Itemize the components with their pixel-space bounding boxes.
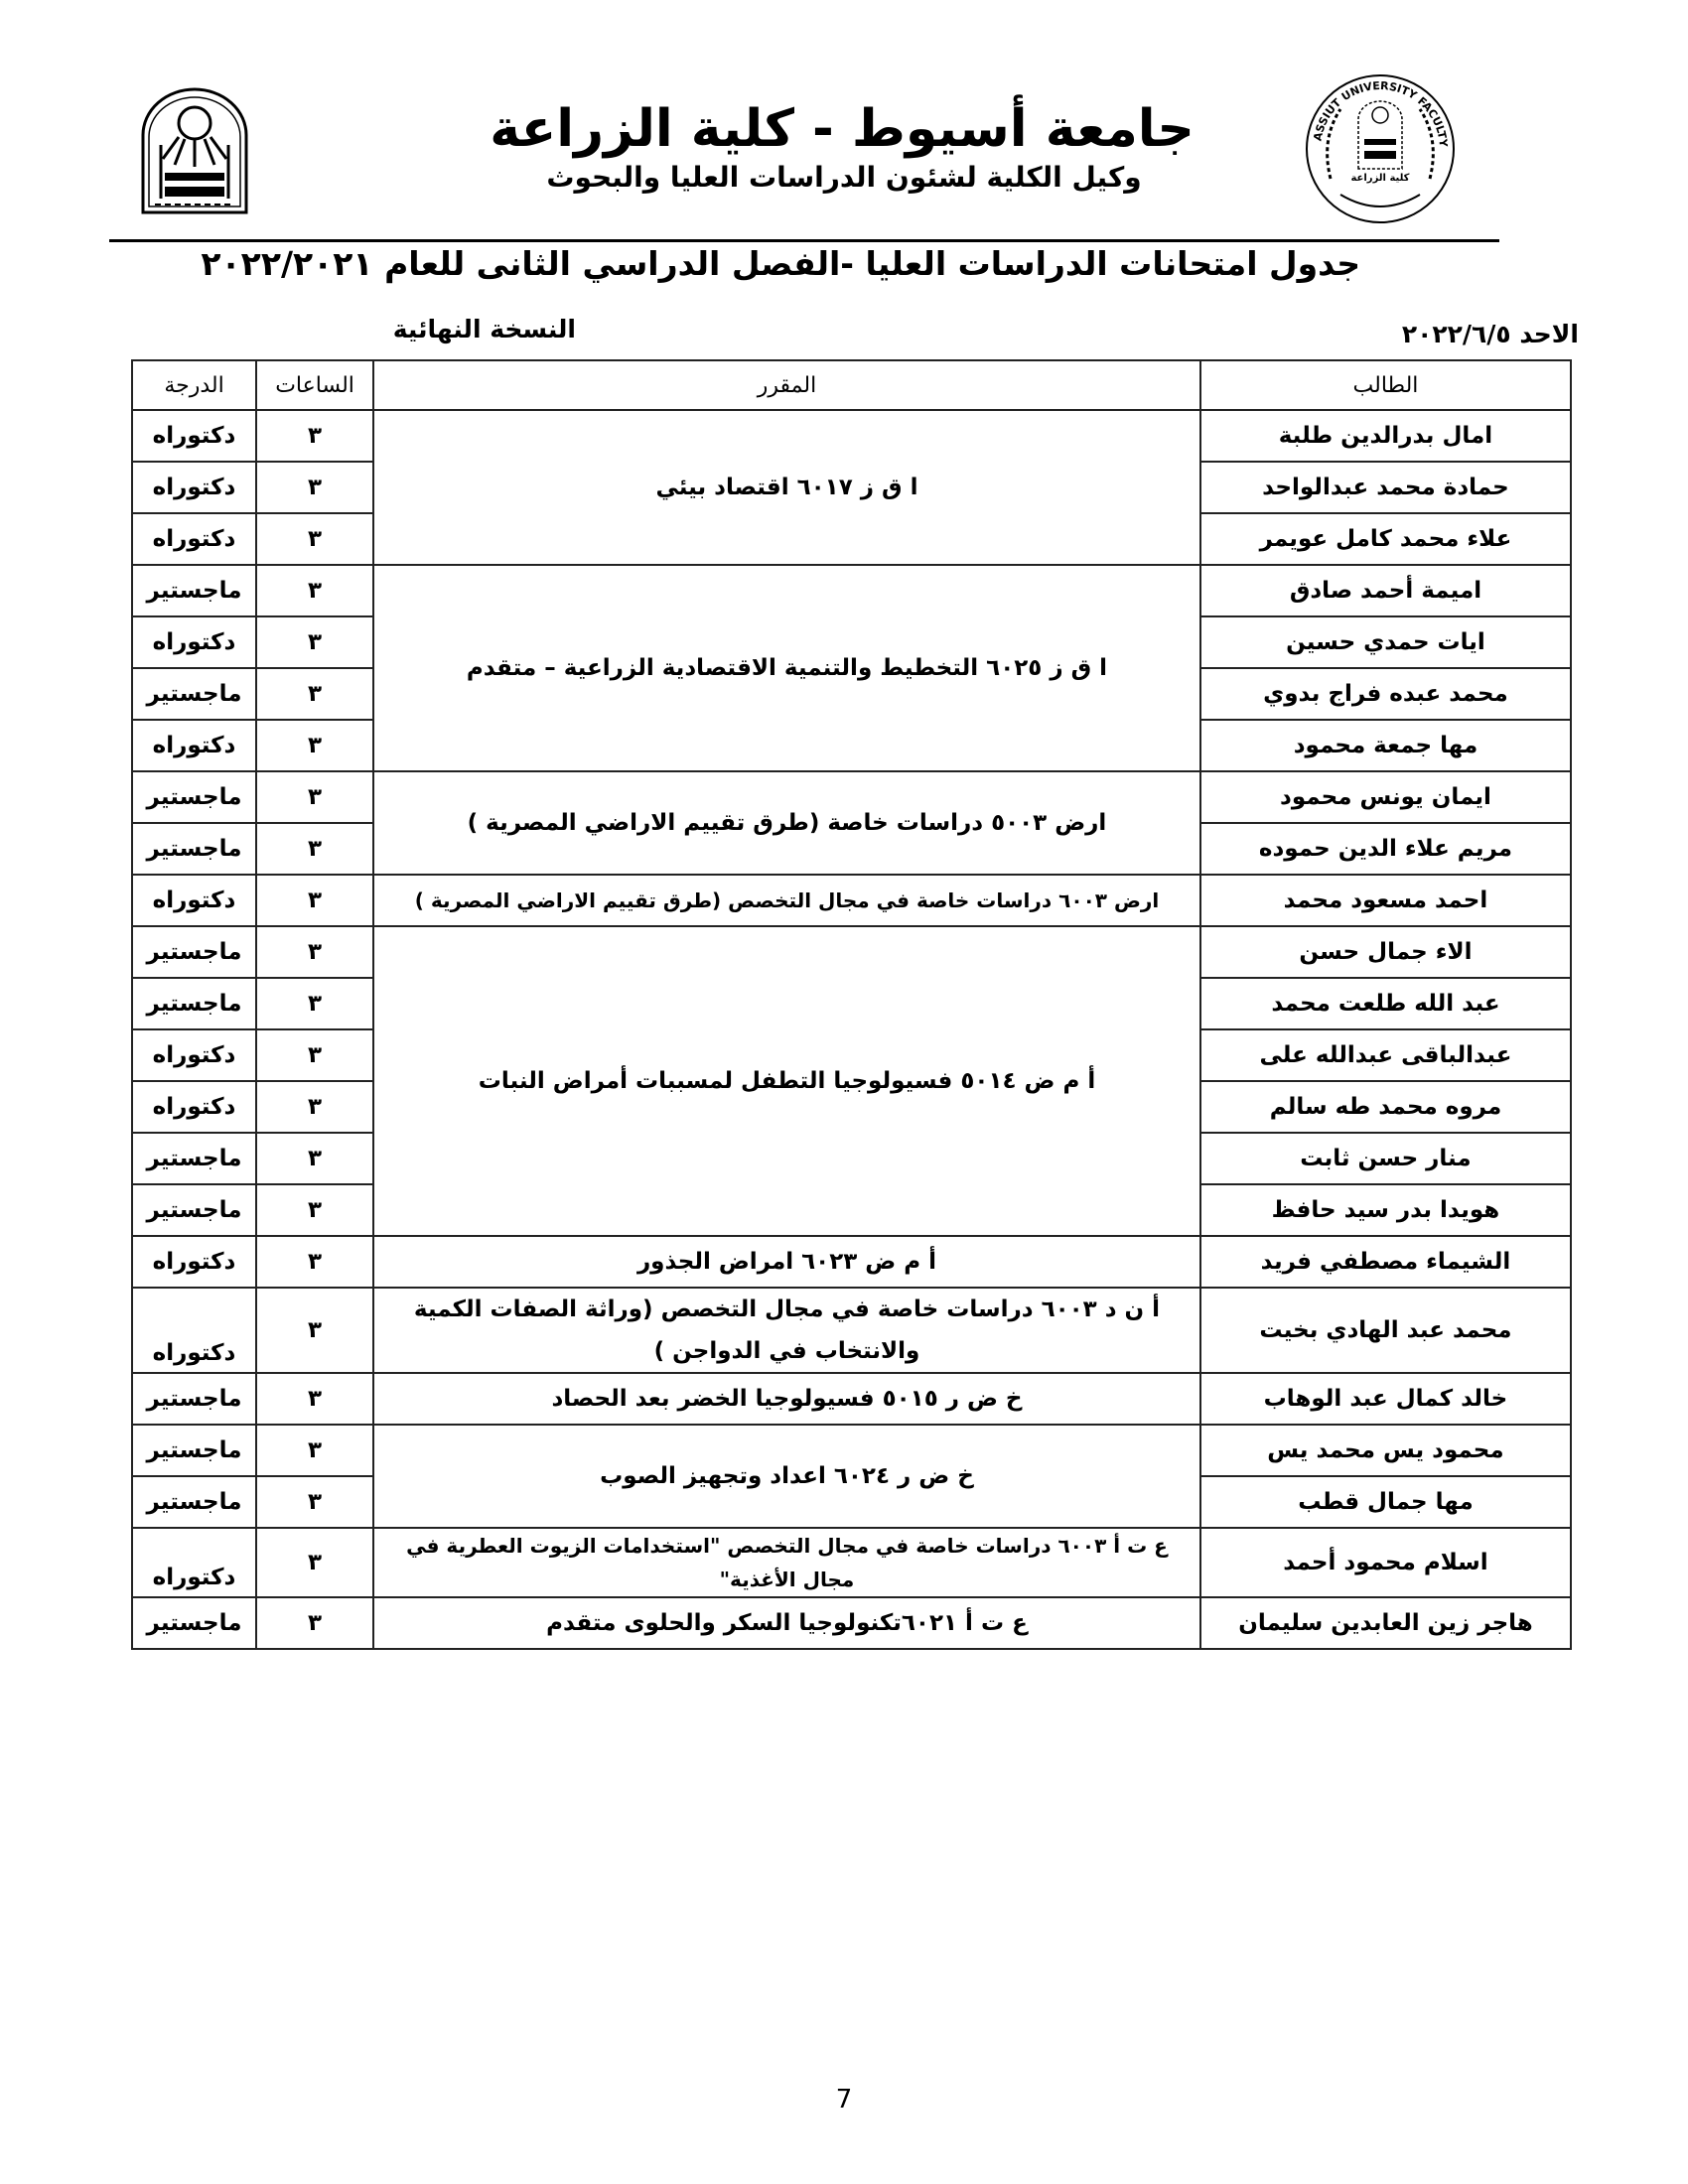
final-version-label: النسخة النهائية: [338, 315, 576, 343]
credit-hours: ٣: [256, 1528, 373, 1597]
credit-hours: ٣: [256, 565, 373, 616]
course-name: خ ض ر ٥٠١٥ فسيولوجيا الخضر بعد الحصاد: [373, 1373, 1200, 1425]
table-row: خالد كمال عبد الوهاب خ ض ر ٥٠١٥ فسيولوجي…: [132, 1373, 1571, 1425]
credit-hours: ٣: [256, 823, 373, 875]
table-row: محمد عبد الهادي بخيت أ ن د ٦٠٠٣ دراسات خ…: [132, 1288, 1571, 1373]
student-name: محمود يس محمد يس: [1200, 1425, 1571, 1476]
exam-date: الاحد ٢٠٢٢/٦/٥: [1331, 320, 1579, 348]
student-name: خالد كمال عبد الوهاب: [1200, 1373, 1571, 1425]
degree: ماجستير: [132, 978, 256, 1029]
degree: ماجستير: [132, 668, 256, 720]
degree: دكتوراه: [132, 513, 256, 565]
credit-hours: ٣: [256, 720, 373, 771]
degree: دكتوراه: [132, 1528, 256, 1597]
degree: ماجستير: [132, 771, 256, 823]
student-name: اسلام محمود أحمد: [1200, 1528, 1571, 1597]
header-degree: الدرجة: [132, 360, 256, 410]
student-name: هويدا بدر سيد حافظ: [1200, 1184, 1571, 1236]
credit-hours: ٣: [256, 771, 373, 823]
credit-hours: ٣: [256, 978, 373, 1029]
course-name: أ م ض ٥٠١٤ فسيولوجيا التطفل لمسببات أمرا…: [373, 926, 1200, 1236]
course-name: ا ق ز ٦٠٢٥ التخطيط والتنمية الاقتصادية ا…: [373, 565, 1200, 771]
exam-schedule-table: الطالب المقرر الساعات الدرجة امال بدرالد…: [131, 359, 1572, 1650]
student-name: مريم علاء الدين حموده: [1200, 823, 1571, 875]
credit-hours: ٣: [256, 1288, 373, 1373]
degree: دكتوراه: [132, 875, 256, 926]
student-name: الشيماء مصطفي فريد: [1200, 1236, 1571, 1288]
credit-hours: ٣: [256, 668, 373, 720]
student-name: عبد الله طلعت محمد: [1200, 978, 1571, 1029]
degree: ماجستير: [132, 1133, 256, 1184]
student-name: مروه محمد طه سالم: [1200, 1081, 1571, 1133]
degree: دكتوراه: [132, 1288, 256, 1373]
degree: دكتوراه: [132, 1236, 256, 1288]
degree: دكتوراه: [132, 410, 256, 462]
course-name: ع ت أ ٦٠٠٣ دراسات خاصة في مجال التخصص "ا…: [373, 1528, 1200, 1597]
table-row: الشيماء مصطفي فريد أ م ض ٦٠٢٣ امراض الجذ…: [132, 1236, 1571, 1288]
exam-schedule-title: جدول امتحانات الدراسات العليا -الفصل الد…: [298, 244, 1360, 283]
degree: ماجستير: [132, 1425, 256, 1476]
credit-hours: ٣: [256, 1373, 373, 1425]
course-name: خ ض ر ٦٠٢٤ اعداد وتجهيز الصوب: [373, 1425, 1200, 1528]
table-row: محمود يس محمد يس خ ض ر ٦٠٢٤ اعداد وتجهيز…: [132, 1425, 1571, 1476]
credit-hours: ٣: [256, 513, 373, 565]
course-name: أ ن د ٦٠٠٣ دراسات خاصة في مجال التخصص (و…: [373, 1288, 1200, 1373]
header-student: الطالب: [1200, 360, 1571, 410]
course-name: ا ق ز ٦٠١٧ اقتصاد بيئي: [373, 410, 1200, 565]
student-name: مها جمعة محمود: [1200, 720, 1571, 771]
course-name: ارض ٦٠٠٣ دراسات خاصة في مجال التخصص (طرق…: [373, 875, 1200, 926]
credit-hours: ٣: [256, 1597, 373, 1649]
table-row: هاجر زين العابدين سليمان ع ت أ ٦٠٢١تكنول…: [132, 1597, 1571, 1649]
degree: دكتوراه: [132, 1081, 256, 1133]
office-subtitle: وكيل الكلية لشئون الدراسات العليا والبحو…: [0, 161, 1688, 194]
table-row: اميمة أحمد صادق ا ق ز ٦٠٢٥ التخطيط والتن…: [132, 565, 1571, 616]
degree: ماجستير: [132, 1184, 256, 1236]
student-name: عبدالباقى عبدالله على: [1200, 1029, 1571, 1081]
university-title: جامعة أسيوط - كلية الزراعة: [0, 99, 1688, 159]
table-row: ايمان يونس محمود ارض ٥٠٠٣ دراسات خاصة (ط…: [132, 771, 1571, 823]
student-name: مها جمال قطب: [1200, 1476, 1571, 1528]
credit-hours: ٣: [256, 462, 373, 513]
degree: دكتوراه: [132, 616, 256, 668]
table-row: امال بدرالدين طلبة ا ق ز ٦٠١٧ اقتصاد بيئ…: [132, 410, 1571, 462]
degree: ماجستير: [132, 823, 256, 875]
student-name: امال بدرالدين طلبة: [1200, 410, 1571, 462]
student-name: هاجر زين العابدين سليمان: [1200, 1597, 1571, 1649]
table-header-row: الطالب المقرر الساعات الدرجة: [132, 360, 1571, 410]
table-row: اسلام محمود أحمد ع ت أ ٦٠٠٣ دراسات خاصة …: [132, 1528, 1571, 1597]
credit-hours: ٣: [256, 1029, 373, 1081]
credit-hours: ٣: [256, 410, 373, 462]
degree: ماجستير: [132, 926, 256, 978]
header-course: المقرر: [373, 360, 1200, 410]
credit-hours: ٣: [256, 1081, 373, 1133]
degree: ماجستير: [132, 1597, 256, 1649]
student-name: اميمة أحمد صادق: [1200, 565, 1571, 616]
degree: ماجستير: [132, 1476, 256, 1528]
degree: دكتوراه: [132, 462, 256, 513]
course-name: أ م ض ٦٠٢٣ امراض الجذور: [373, 1236, 1200, 1288]
table-row: الاء جمال حسن أ م ض ٥٠١٤ فسيولوجيا التطف…: [132, 926, 1571, 978]
student-name: حمادة محمد عبدالواحد: [1200, 462, 1571, 513]
degree: دكتوراه: [132, 720, 256, 771]
header-divider: [109, 239, 1499, 242]
credit-hours: ٣: [256, 1184, 373, 1236]
student-name: محمد عبد الهادي بخيت: [1200, 1288, 1571, 1373]
student-name: محمد عبده فراج بدوي: [1200, 668, 1571, 720]
course-name: ع ت أ ٦٠٢١تكنولوجيا السكر والحلوى متقدم: [373, 1597, 1200, 1649]
student-name: احمد مسعود محمد: [1200, 875, 1571, 926]
student-name: منار حسن ثابت: [1200, 1133, 1571, 1184]
course-name: ارض ٥٠٠٣ دراسات خاصة (طرق تقييم الاراضي …: [373, 771, 1200, 875]
student-name: ايات حمدي حسين: [1200, 616, 1571, 668]
degree: ماجستير: [132, 565, 256, 616]
student-name: ايمان يونس محمود: [1200, 771, 1571, 823]
credit-hours: ٣: [256, 1476, 373, 1528]
student-name: علاء محمد كامل عويمر: [1200, 513, 1571, 565]
header-hours: الساعات: [256, 360, 373, 410]
credit-hours: ٣: [256, 1236, 373, 1288]
degree: دكتوراه: [132, 1029, 256, 1081]
degree: ماجستير: [132, 1373, 256, 1425]
credit-hours: ٣: [256, 1133, 373, 1184]
credit-hours: ٣: [256, 616, 373, 668]
page-number: 7: [0, 2085, 1688, 2115]
credit-hours: ٣: [256, 875, 373, 926]
table-row: احمد مسعود محمد ارض ٦٠٠٣ دراسات خاصة في …: [132, 875, 1571, 926]
student-name: الاء جمال حسن: [1200, 926, 1571, 978]
credit-hours: ٣: [256, 926, 373, 978]
credit-hours: ٣: [256, 1425, 373, 1476]
